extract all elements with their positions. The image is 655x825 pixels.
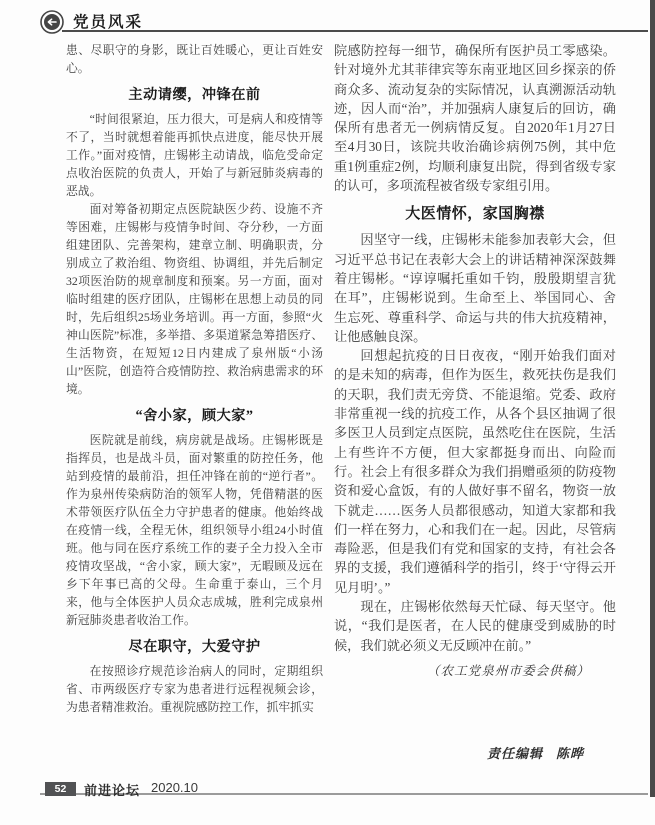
editor-credit: 责任编辑陈晔 [334, 743, 616, 762]
section-title: 党员风采 [73, 10, 143, 32]
section-heading: 主动请缨，冲锋在前 [66, 85, 323, 105]
paragraph: 面对筹备初期定点医院缺医少药、设施不齐等困难，庄锡彬与疫情争时间、夺分秒，一方面… [66, 200, 323, 398]
paragraph: 回想起抗疫的日日夜夜，“刚开始我们面对的是未知的病毒，但作为医生，救死扶伤是我们… [334, 346, 616, 597]
paragraph: 现在，庄锡彬依然每天忙碌、每天坚守。他说，“我们是医者，在人民的健康受到威胁的时… [334, 597, 616, 655]
circle-arrow-icon [40, 10, 64, 34]
journal-title: 前进论坛 [84, 780, 140, 799]
editor-label: 责任编辑 [487, 746, 543, 761]
editor-name: 陈晔 [556, 746, 584, 761]
paragraph: 因坚守一线，庄锡彬未能参加表彰大会，但习近平总书记在表彰大会上的讲话精神深深鼓舞… [334, 230, 616, 346]
page-background: 党员风采 患、尽职守的身影，既让百姓暖心，更让百姓安心。 主动请缨，冲锋在前 “… [0, 0, 655, 825]
issue-date: 2020.10 [151, 780, 198, 795]
section-heading: 大医情怀，家国胸襟 [334, 204, 616, 224]
paragraph: 患、尽职守的身影，既让百姓暖心，更让百姓安心。 [66, 41, 323, 77]
page-edge-shadow [650, 0, 655, 797]
header-rule [62, 30, 648, 32]
article-right-column: 院感防控每一细节，确保所有医护员工零感染。针对境外尤其菲律宾等东南亚地区回乡探亲… [334, 41, 616, 681]
paragraph: 院感防控每一细节，确保所有医护员工零感染。针对境外尤其菲律宾等东南亚地区回乡探亲… [334, 41, 616, 195]
attribution-line: （农工党泉州市委会供稿） [334, 662, 616, 681]
section-heading: 尽在职守，大爱守护 [66, 637, 323, 657]
page-number-badge: 52 [45, 782, 76, 796]
paragraph: “时间很紧迫，压力很大，可是病人和疫情等不了，当时就想着能再抓快点进度，能尽快开… [66, 110, 323, 200]
section-heading: “舍小家，顾大家” [66, 406, 323, 426]
article-left-column: 患、尽职守的身影，既让百姓暖心，更让百姓安心。 主动请缨，冲锋在前 “时间很紧迫… [66, 41, 323, 716]
paragraph: 在按照诊疗规范诊治病人的同时，定期组织省、市两级医疗专家为患者进行远程视频会诊，… [66, 662, 323, 716]
scanned-magazine-page: { "header": { "section_label": "党员风采", "… [0, 0, 655, 825]
paragraph: 医院就是前线，病房就是战场。庄锡彬既是指挥员，也是战斗员，面对繁重的防控任务，他… [66, 431, 323, 629]
